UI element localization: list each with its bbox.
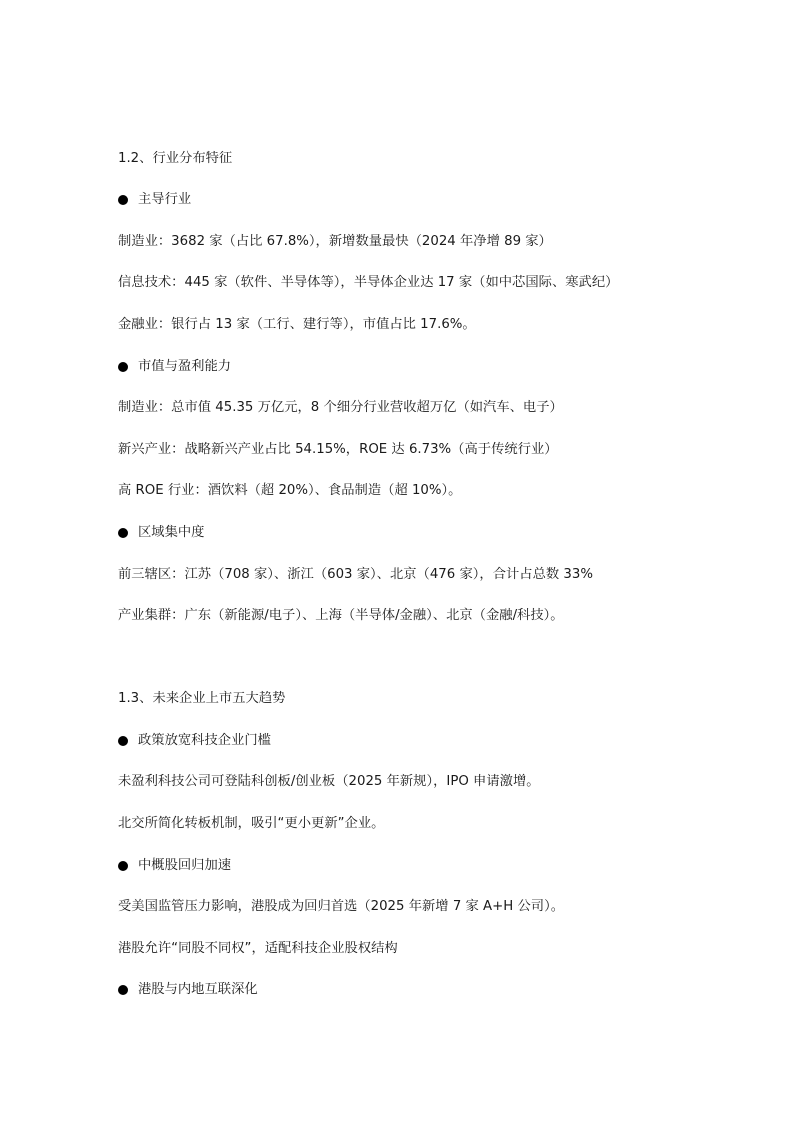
bullet-heading: 港股与内地互联深化 — [118, 981, 258, 999]
paragraph: 港股允许“同股不同权”，适配科技企业股权结构 — [118, 940, 398, 958]
bullet-dot-icon — [118, 736, 128, 746]
paragraph: 制造业：总市值 45.35 万亿元，8 个细分行业营收超万亿（如汽车、电子） — [118, 399, 563, 417]
bullet-dot-icon — [118, 528, 128, 538]
paragraph: 受美国监管压力影响，港股成为回归首选（2025 年新增 7 家 A+H 公司）。 — [118, 898, 564, 916]
paragraph: 制造业：3682 家（占比 67.8%），新增数量最快（2024 年净增 89 … — [118, 233, 552, 251]
paragraph: 北交所简化转板机制，吸引“更小更新”企业。 — [118, 815, 384, 833]
section-heading-1-3: 1.3、未来企业上市五大趋势 — [118, 690, 285, 708]
section-heading-1-2: 1.2、行业分布特征 — [118, 150, 232, 168]
bullet-dot-icon — [118, 985, 128, 995]
bullet-dot-icon — [118, 362, 128, 372]
bullet-heading: 政策放宽科技企业门槛 — [118, 732, 271, 750]
paragraph: 新兴产业：战略新兴产业占比 54.15%，ROE 达 6.73%（高于传统行业） — [118, 441, 558, 459]
paragraph: 金融业：银行占 13 家（工行、建行等），市值占比 17.6%。 — [118, 316, 476, 334]
bullet-dot-icon — [118, 861, 128, 871]
bullet-dot-icon — [118, 195, 128, 205]
paragraph: 产业集群：广东（新能源/电子）、上海（半导体/金融）、北京（金融/科技）。 — [118, 607, 564, 625]
paragraph: 高 ROE 行业：酒饮料（超 20%）、食品制造（超 10%）。 — [118, 482, 461, 500]
paragraph: 信息技术：445 家（软件、半导体等），半导体企业达 17 家（如中芯国际、寒武… — [118, 274, 618, 292]
bullet-heading: 中概股回归加速 — [118, 857, 231, 875]
paragraph: 前三辖区：江苏（708 家）、浙江（603 家）、北京（476 家），合计占总数… — [118, 566, 593, 584]
paragraph: 未盈利科技公司可登陆科创板/创业板（2025 年新规），IPO 申请激增。 — [118, 773, 540, 791]
bullet-heading: 区域集中度 — [118, 524, 204, 542]
bullet-heading: 主导行业 — [118, 191, 191, 209]
bullet-heading: 市值与盈利能力 — [118, 358, 231, 376]
